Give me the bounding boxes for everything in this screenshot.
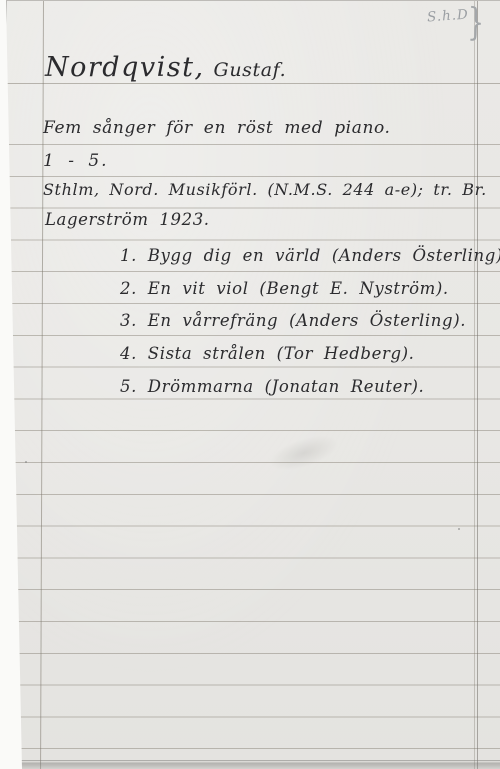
content-item: 1. Bygg dig en värld (Anders Österling). bbox=[120, 248, 500, 265]
header-rule-line bbox=[0, 83, 500, 84]
scanned-catalog-card: S.h.D } Nordqvist,Gustaf. Fem sånger för… bbox=[0, 0, 500, 769]
author-surname: Nordqvist, bbox=[45, 52, 205, 83]
card-left-edge bbox=[0, 1, 7, 769]
content-item: 3. En vårrefräng (Anders Österling). bbox=[120, 313, 466, 330]
pencil-speck bbox=[25, 461, 27, 463]
work-title-line: Fem sånger för en röst med piano. bbox=[43, 120, 391, 137]
card-bottom-edge bbox=[0, 760, 500, 769]
content-item: 5. Drömmarna (Jonatan Reuter). bbox=[120, 379, 424, 396]
content-item: 2. En vit viol (Bengt E. Nyström). bbox=[120, 281, 449, 298]
card-paper: S.h.D } Nordqvist,Gustaf. Fem sånger för… bbox=[0, 0, 500, 769]
author-given-name: Gustaf. bbox=[214, 59, 287, 81]
ruled-lines bbox=[0, 144, 500, 762]
pencil-speck bbox=[458, 528, 460, 530]
imprint-line-1: Sthlm, Nord. Musikförl. (N.M.S. 244 a-e)… bbox=[43, 182, 487, 198]
imprint-line-2: Lagerström 1923. bbox=[45, 212, 210, 229]
pencil-brace-mark: } bbox=[467, 1, 485, 45]
content-item: 4. Sista strålen (Tor Hedberg). bbox=[120, 346, 415, 363]
right-margin-line-outer bbox=[474, 1, 475, 769]
numbering-line: 1 - 5. bbox=[43, 153, 109, 170]
right-margin-line-inner bbox=[477, 1, 478, 769]
author-heading: Nordqvist,Gustaf. bbox=[45, 54, 286, 81]
pencil-shelfmark: S.h.D bbox=[426, 7, 469, 26]
